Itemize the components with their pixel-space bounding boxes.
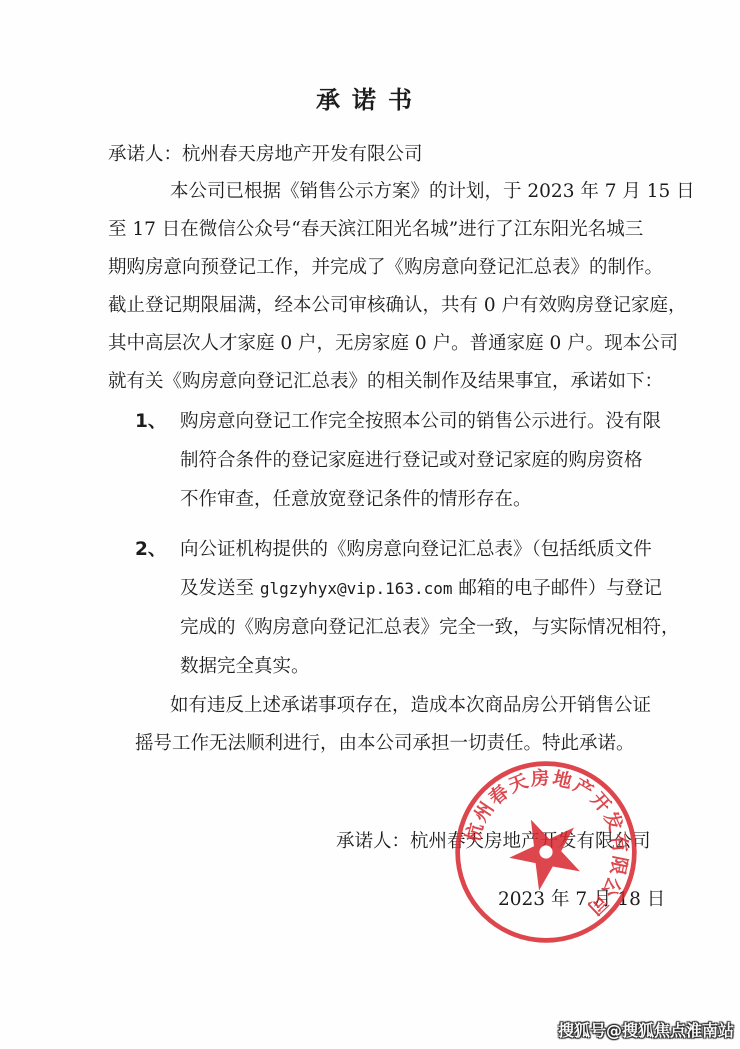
paragraph-line: 至 17 日在微信公众号“春天滨江阳光名城”进行了江东阳光名城三 — [108, 218, 643, 242]
closing-line: 摇号工作无法顺利进行，由本公司承担一切责任。特此承诺。 — [135, 732, 635, 756]
item-line-prefix: 及发送至 — [180, 578, 260, 599]
item-line-with-email: 及发送至 glgzyhyx@vip.163.com 邮箱的电子邮件）与登记 — [180, 577, 662, 601]
signature-date: 2023 年 7 月 18 日 — [498, 888, 665, 912]
signature-name: 承诺人：杭州春天房地产开发有限公司 — [336, 830, 651, 854]
paragraph-line: 其中高层次人才家庭 0 户，无房家庭 0 户。普通家庭 0 户。现本公司 — [108, 332, 678, 356]
item-line: 不作审查，任意放宽登记条件的情形存在。 — [180, 488, 532, 512]
item-line: 向公证机构提供的《购房意向登记汇总表》（包括纸质文件 — [180, 538, 652, 562]
item-line-suffix: 邮箱的电子邮件）与登记 — [453, 578, 662, 599]
email-address: glgzyhyx@vip.163.com — [260, 579, 453, 598]
item-number: 1、 — [135, 410, 166, 434]
closing-line: 如有违反上述承诺事项存在，造成本次商品房公开销售公证 — [170, 694, 651, 718]
promisor-line: 承诺人：杭州春天房地产开发有限公司 — [108, 143, 423, 167]
paragraph-line: 本公司已根据《销售公示方案》的计划，于 2023 年 7 月 15 日 — [170, 180, 695, 204]
item-line: 完成的《购房意向登记汇总表》完全一致，与实际情况相符， — [180, 616, 680, 640]
document-page: 承诺书 承诺人：杭州春天房地产开发有限公司 本公司已根据《销售公示方案》的计划，… — [0, 0, 740, 1049]
item-line: 购房意向登记工作完全按照本公司的销售公示进行。没有限 — [180, 410, 661, 434]
item-line: 制符合条件的登记家庭进行登记或对登记家庭的购房资格 — [180, 449, 643, 473]
document-title: 承诺书 — [0, 80, 740, 115]
paragraph-line: 截止登记期限届满，经本公司审核确认，共有 0 户有效购房登记家庭， — [108, 294, 687, 318]
paragraph-line: 就有关《购房意向登记汇总表》的相关制作及结果事宜，承诺如下： — [108, 370, 663, 394]
item-line: 数据完全真实。 — [180, 655, 310, 679]
watermark: 搜狐号@搜狐焦点淮南站 — [558, 1018, 734, 1041]
item-number: 2、 — [135, 538, 166, 562]
paragraph-line: 期购房意向预登记工作，并完成了《购房意向登记汇总表》的制作。 — [108, 256, 663, 280]
